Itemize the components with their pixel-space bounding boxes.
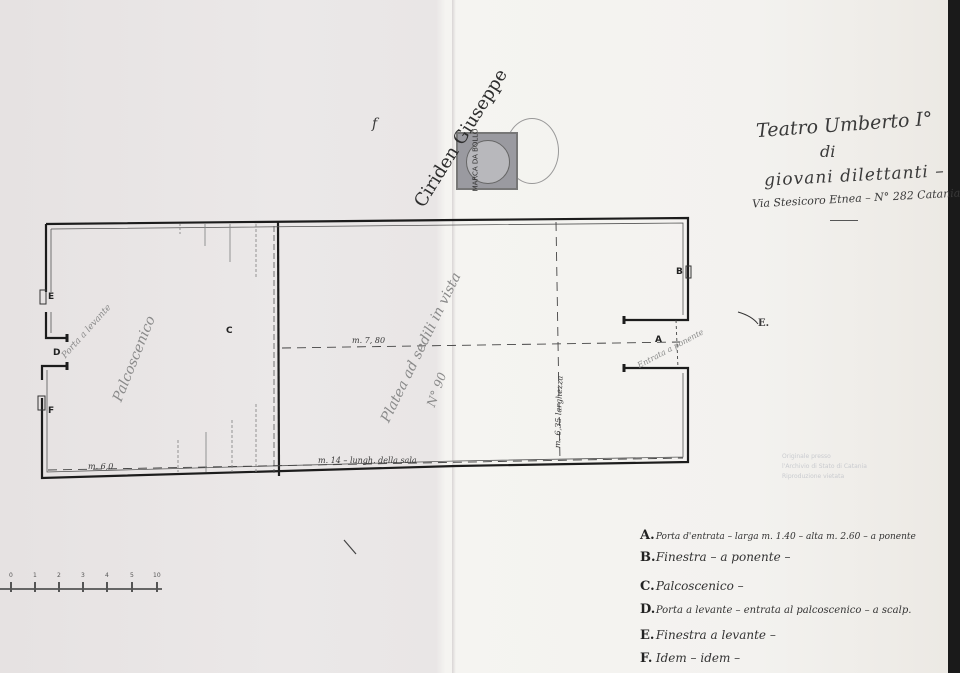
legend-letter: D. [640,602,652,617]
scale-tick [131,582,133,592]
label-A: A [655,335,662,345]
scale-tick [156,582,158,592]
archive-line-3: Riproduzione vietata [782,472,892,482]
scale-tick [58,582,60,592]
scale-label: 3 [81,572,85,579]
legend-text: Porta a levante – entrata al palcoscenic… [656,605,912,616]
legend-text: Palcoscenico – [656,579,744,593]
scale-bar: 0 1 2 3 4 5 10 [0,588,162,590]
scale-label: 4 [105,572,109,579]
legend-item-f: F. Idem – idem – [640,651,740,669]
legend-text: Finestra a levante – [656,628,776,642]
title-line-2: di [820,142,835,161]
legend-letter: C. [640,579,652,594]
legend-letter: A. [640,528,652,543]
archive-line-1: Originale presso [782,452,892,462]
annotation-width: m. 7, 80 [352,336,385,345]
label-B: B [676,267,683,277]
title-rule [830,220,858,221]
annotation-stage-depth: m. 6,0 [88,462,113,471]
annotation-length: m. 14 – lungh. della sala [318,456,417,465]
scale-label: 10 [153,572,161,579]
archive-stamp: Originale presso l'Archivio di Stato di … [782,452,892,486]
scale-label: 1 [33,572,37,579]
scale-tick [10,582,12,592]
scale-label: 2 [57,572,61,579]
legend-text: Porta d'entrata – larga m. 1.40 – alta m… [656,532,916,542]
scale-tick [34,582,36,592]
legend-item-d: D. Porta a levante – entrata al palcosce… [640,602,911,620]
mark-e: E. [758,318,769,329]
archive-line-2: l'Archivio di Stato di Catania [782,462,892,472]
legend-letter: E. [640,628,652,643]
legend-letter: B. [640,550,652,565]
label-C: C [226,326,233,336]
legend-item-e: E. Finestra a levante – [640,628,776,646]
label-F: F [48,406,54,416]
label-E: E [48,292,54,302]
mark-f: f [372,116,377,132]
legend-letter: F. [640,651,652,666]
scale-label: 0 [9,572,13,579]
legend-text: Idem – idem – [656,651,740,665]
scale-tick [106,582,108,592]
scale-tick [82,582,84,592]
legend-item-b: B. Finestra – a ponente – [640,550,791,568]
legend-item-a: A. Porta d'entrata – larga m. 1.40 – alt… [640,528,916,546]
legend-item-c: C. Palcoscenico – [640,579,744,597]
legend-text: Finestra – a ponente – [656,550,791,564]
scale-label: 5 [130,572,134,579]
